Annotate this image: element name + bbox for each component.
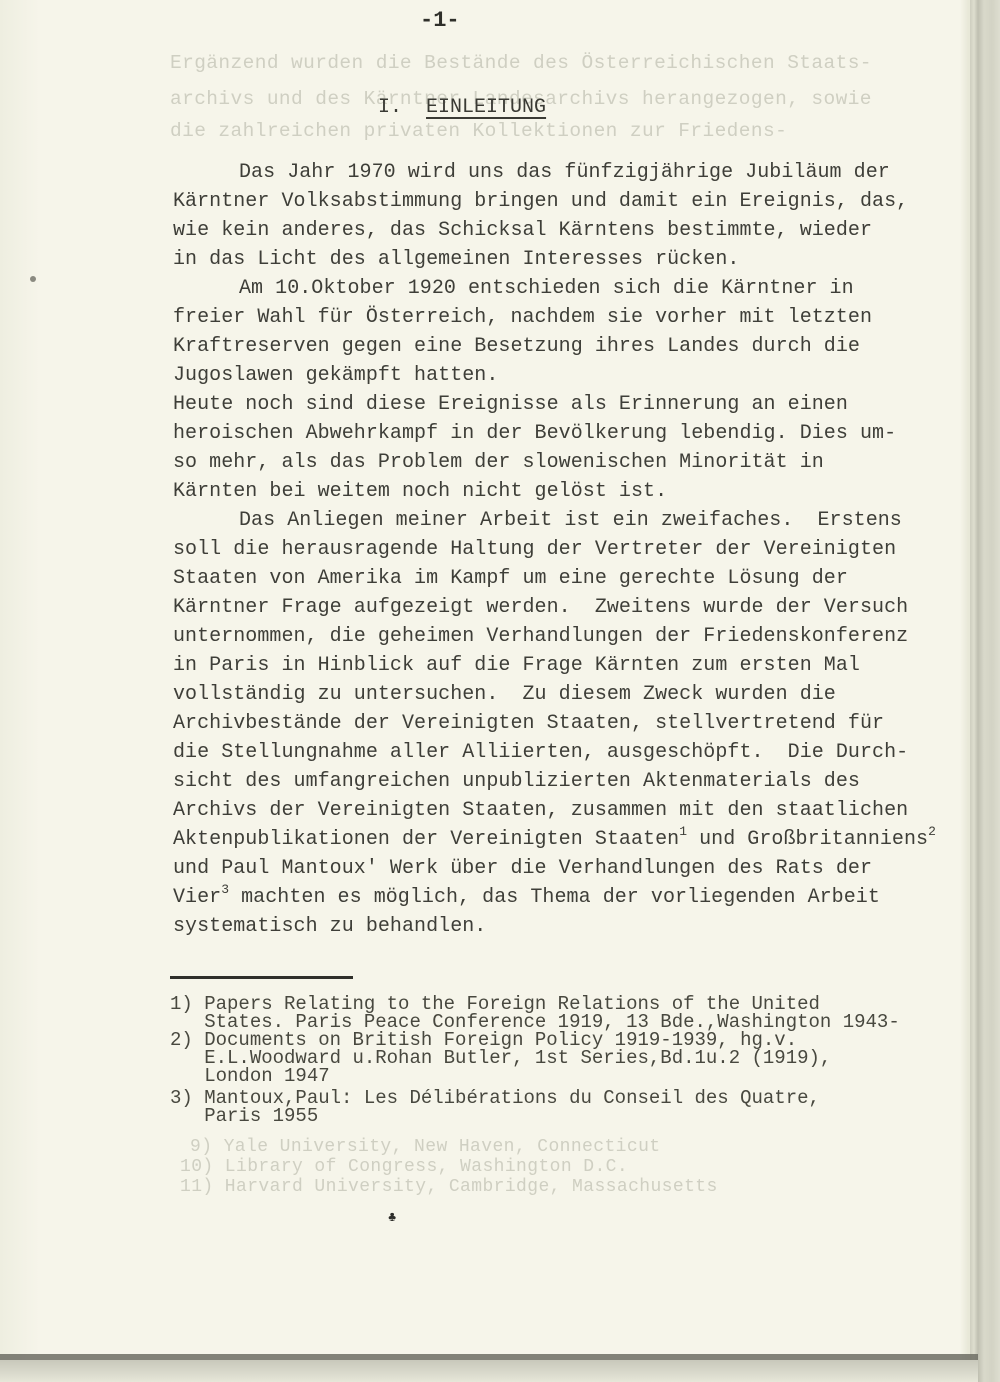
- text-line: Heute noch sind diese Ereignisse als Eri…: [173, 390, 973, 419]
- bleed-through-line: 11) Harvard University, Cambridge, Massa…: [180, 1177, 718, 1197]
- text-line: unternommen, die geheimen Verhandlungen …: [173, 622, 973, 651]
- footnote-text: London 1947: [204, 1065, 329, 1087]
- text-fragment: und Großbritanniens: [687, 828, 928, 851]
- text-line: wie kein anderes, das Schicksal Kärntens…: [173, 216, 973, 245]
- text-line: sicht des umfangreichen unpublizierten A…: [173, 767, 973, 796]
- text-line: und Paul Mantoux' Werk über die Verhandl…: [173, 854, 973, 883]
- text-line: vollständig zu untersuchen. Zu diesem Zw…: [173, 680, 973, 709]
- bleed-through-line: 10) Library of Congress, Washington D.C.: [180, 1157, 628, 1177]
- footnote-ref: 2: [928, 824, 936, 839]
- text-line: freier Wahl für Österreich, nachdem sie …: [173, 303, 973, 332]
- text-line: soll die herausragende Haltung der Vertr…: [173, 535, 973, 564]
- text-line: Archivs der Vereinigten Staaten, zusamme…: [173, 796, 973, 825]
- text-line: Kärnten bei weitem noch nicht gelöst ist…: [173, 477, 973, 506]
- text-fragment: Aktenpublikationen der Vereinigten Staat…: [173, 828, 679, 851]
- ink-mark: ♣: [388, 1210, 396, 1226]
- bleed-through-line: 9) Yale University, New Haven, Connectic…: [190, 1137, 660, 1157]
- footnotes: 1) Papers Relating to the Foreign Relati…: [170, 995, 970, 1125]
- bleed-through-line: die zahlreichen privaten Kollektionen zu…: [170, 120, 787, 142]
- body-text: Das Jahr 1970 wird uns das fünfzigjährig…: [173, 158, 973, 941]
- footnote-text: Paris 1955: [204, 1105, 318, 1127]
- text-line: Archivbestände der Vereinigten Staaten, …: [173, 709, 973, 738]
- heading-numeral: I.: [378, 96, 402, 119]
- scan-right-edge: [970, 0, 1000, 1382]
- text-line: Am 10.Oktober 1920 entschieden sich die …: [173, 274, 973, 303]
- text-line: Kärntner Volksabstimmung bringen und dam…: [173, 187, 973, 216]
- text-line: systematisch zu behandlen.: [173, 912, 973, 941]
- text-line: Jugoslawen gekämpft hatten.: [173, 361, 973, 390]
- text-fragment: machten es möglich, das Thema der vorlie…: [229, 886, 880, 909]
- text-line: Das Jahr 1970 wird uns das fünfzigjährig…: [173, 158, 973, 187]
- footnote-ref: 3: [221, 882, 229, 897]
- footnote-2-cont: London 1947: [170, 1067, 970, 1085]
- text-line: die Stellungnahme aller Alliierten, ausg…: [173, 738, 973, 767]
- text-line: heroischen Abwehrkampf in der Bevölkerun…: [173, 419, 973, 448]
- page-number: -1-: [420, 8, 460, 33]
- text-line: Kraftreserven gegen eine Besetzung ihres…: [173, 332, 973, 361]
- text-line: in das Licht des allgemeinen Interesses …: [173, 245, 973, 274]
- paper-speck: [30, 276, 36, 282]
- footnote-3-cont: Paris 1955: [170, 1107, 970, 1125]
- text-line: Aktenpublikationen der Vereinigten Staat…: [173, 825, 973, 854]
- footnote-ref: 1: [679, 824, 687, 839]
- heading-title: EINLEITUNG: [426, 96, 546, 119]
- section-heading: I. EINLEITUNG: [378, 96, 546, 119]
- text-line: Vier3 machten es möglich, das Thema der …: [173, 883, 973, 912]
- text-line: in Paris in Hinblick auf die Frage Kärnt…: [173, 651, 973, 680]
- text-line: Kärntner Frage aufgezeigt werden. Zweite…: [173, 593, 973, 622]
- bleed-through-line: Ergänzend wurden die Bestände des Österr…: [170, 52, 872, 74]
- text-line: so mehr, als das Problem der slowenische…: [173, 448, 973, 477]
- text-line: Staaten von Amerika im Kampf um eine ger…: [173, 564, 973, 593]
- text-line: Das Anliegen meiner Arbeit ist ein zweif…: [173, 506, 973, 535]
- scan-bottom-shadow: [0, 1360, 978, 1382]
- text-fragment: Vier: [173, 886, 221, 909]
- footnote-separator: [170, 976, 353, 979]
